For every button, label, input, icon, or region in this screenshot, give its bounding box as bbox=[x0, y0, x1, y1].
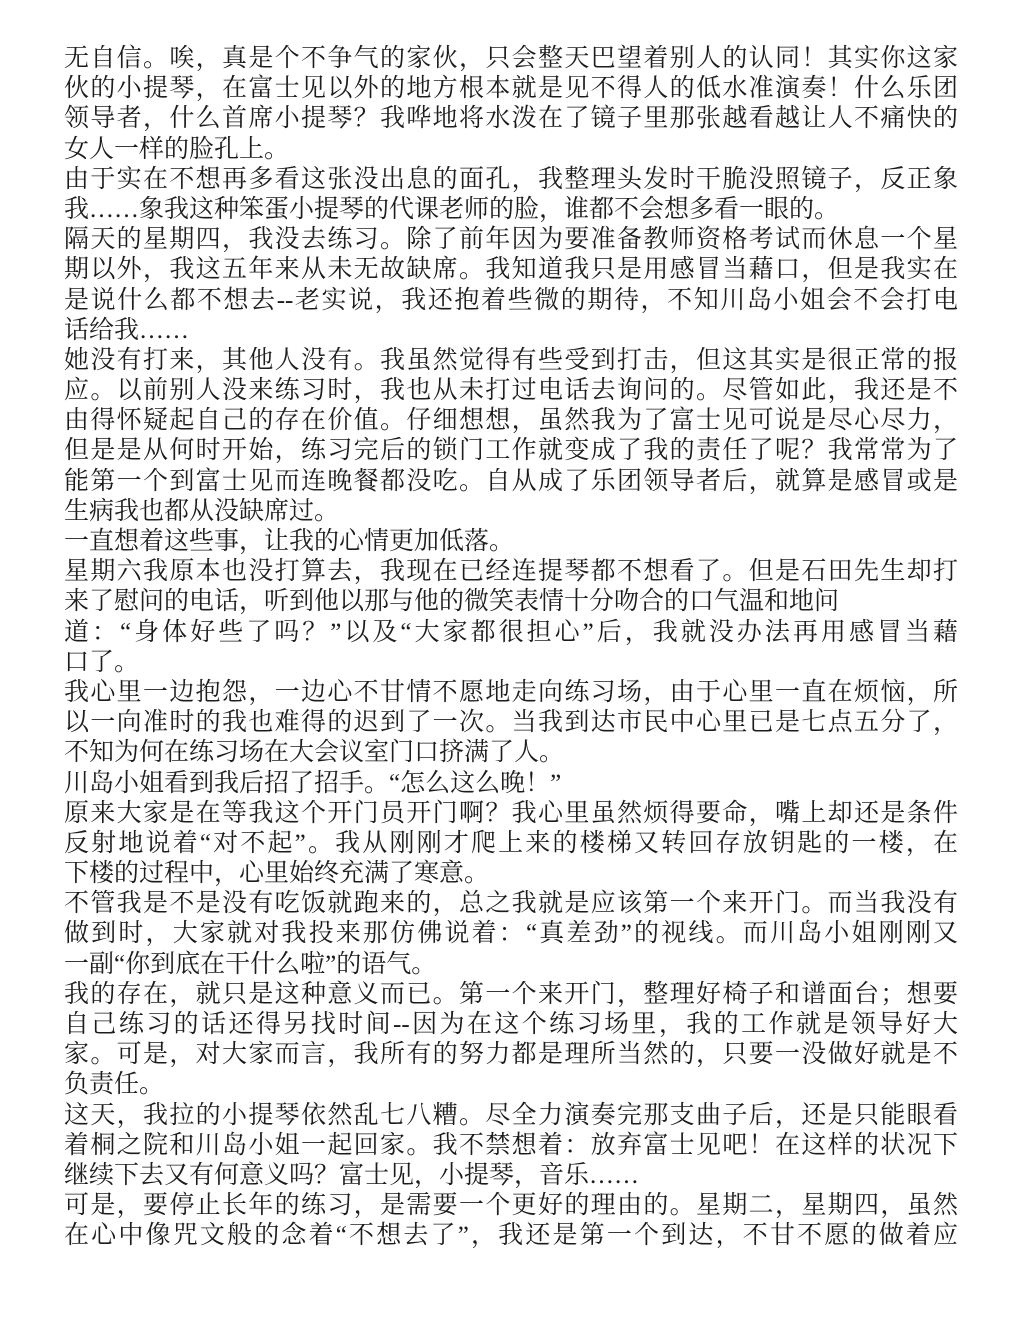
text-line: 负责任。 bbox=[64, 1070, 958, 1100]
text-line: 星期六我原本也没打算去，我现在已经连提琴都不想看了。但是石田先生却打 bbox=[64, 557, 958, 587]
text-line: 来了慰问的电话，听到他以那与他的微笑表情十分吻合的口气温和地问 bbox=[64, 587, 958, 617]
text-line: 家。可是，对大家而言，我所有的努力都是理所当然的，只要一没做好就是不 bbox=[64, 1040, 958, 1070]
text-line: 一副“你到底在干什么啦”的语气。 bbox=[64, 950, 958, 980]
text-line: 应。以前别人没来练习时，我也从未打过电话去询问的。尽管如此，我还是不 bbox=[64, 376, 958, 406]
text-line: 由得怀疑起自己的存在价值。仔细想想，虽然我为了富士见可说是尽心尽力， bbox=[64, 406, 958, 436]
text-line: 这天，我拉的小提琴依然乱七八糟。尽全力演奏完那支曲子后，还是只能眼看 bbox=[64, 1101, 958, 1131]
text-line: 着桐之院和川岛小姐一起回家。我不禁想着：放弃富士见吧！在这样的状况下 bbox=[64, 1131, 958, 1161]
text-line: 可是，要停止长年的练习，是需要一个更好的理由的。星期二，星期四，虽然 bbox=[64, 1191, 958, 1221]
text-line: 领导者，什么首席小提琴？我哗地将水泼在了镜子里那张越看越让人不痛快的 bbox=[64, 104, 958, 134]
text-line: 生病我也都从没缺席过。 bbox=[64, 497, 958, 527]
text-line: 以一向准时的我也难得的迟到了一次。当我到达市民中心里已是七点五分了， bbox=[64, 708, 958, 738]
text-line: 我心里一边抱怨，一边心不甘情不愿地走向练习场，由于心里一直在烦恼，所 bbox=[64, 678, 958, 708]
text-line: 川岛小姐看到我后招了招手。“怎么这么晚！” bbox=[64, 769, 958, 799]
document-text: 无自信。唉，真是个不争气的家伙，只会整天巴望着别人的认同！其实你这家 伙的小提琴… bbox=[64, 44, 958, 1252]
text-line: 无自信。唉，真是个不争气的家伙，只会整天巴望着别人的认同！其实你这家 bbox=[64, 44, 958, 74]
text-line: 下楼的过程中，心里始终充满了寒意。 bbox=[64, 859, 958, 889]
text-line: 伙的小提琴，在富士见以外的地方根本就是见不得人的低水准演奏！什么乐团 bbox=[64, 74, 958, 104]
text-line: 女人一样的脸孔上。 bbox=[64, 135, 958, 165]
text-line: 道：“身体好些了吗？”以及“大家都很担心”后，我就没办法再用感冒当藉 bbox=[64, 618, 958, 648]
text-line: 一直想着这些事，让我的心情更加低落。 bbox=[64, 527, 958, 557]
text-line: 不管我是不是没有吃饭就跑来的，总之我就是应该第一个来开门。而当我没有 bbox=[64, 889, 958, 919]
text-line: 期以外，我这五年来从未无故缺席。我知道我只是用感冒当藉口，但是我实在 bbox=[64, 255, 958, 285]
text-line: 由于实在不想再多看这张没出息的面孔，我整理头发时干脆没照镜子，反正象 bbox=[64, 165, 958, 195]
text-line: 原来大家是在等我这个开门员开门啊？我心里虽然烦得要命，嘴上却还是条件 bbox=[64, 799, 958, 829]
text-line: 自己练习的话还得另找时间--因为在这个练习场里，我的工作就是领导好大 bbox=[64, 1010, 958, 1040]
text-line: 继续下去又有何意义吗？富士见，小提琴，音乐…… bbox=[64, 1161, 958, 1191]
text-line: 能第一个到富士见而连晚餐都没吃。自从成了乐团领导者后，就算是感冒或是 bbox=[64, 467, 958, 497]
document-page: 无自信。唉，真是个不争气的家伙，只会整天巴望着别人的认同！其实你这家 伙的小提琴… bbox=[0, 0, 1021, 1321]
text-line: 是说什么都不想去--老实说，我还抱着些微的期待，不知川岛小姐会不会打电 bbox=[64, 286, 958, 316]
text-line: 不知为何在练习场在大会议室门口挤满了人。 bbox=[64, 738, 958, 768]
text-line: 做到时，大家就对我投来那仿佛说着：“真差劲”的视线。而川岛小姐刚刚又 bbox=[64, 919, 958, 949]
text-line: 我……象我这种笨蛋小提琴的代课老师的脸，谁都不会想多看一眼的。 bbox=[64, 195, 958, 225]
text-line: 在心中像咒文般的念着“不想去了”，我还是第一个到达，不甘不愿的做着应 bbox=[64, 1221, 958, 1251]
text-line: 她没有打来，其他人没有。我虽然觉得有些受到打击，但这其实是很正常的报 bbox=[64, 346, 958, 376]
text-line: 话给我…… bbox=[64, 316, 958, 346]
text-line: 我的存在，就只是这种意义而已。第一个来开门，整理好椅子和谱面台；想要 bbox=[64, 980, 958, 1010]
text-line: 隔天的星期四，我没去练习。除了前年因为要准备教师资格考试而休息一个星 bbox=[64, 225, 958, 255]
text-line: 口了。 bbox=[64, 648, 958, 678]
text-line: 但是是从何时开始，练习完后的锁门工作就变成了我的责任了呢？我常常为了 bbox=[64, 436, 958, 466]
text-line: 反射地说着“对不起”。我从刚刚才爬上来的楼梯又转回存放钥匙的一楼，在 bbox=[64, 829, 958, 859]
